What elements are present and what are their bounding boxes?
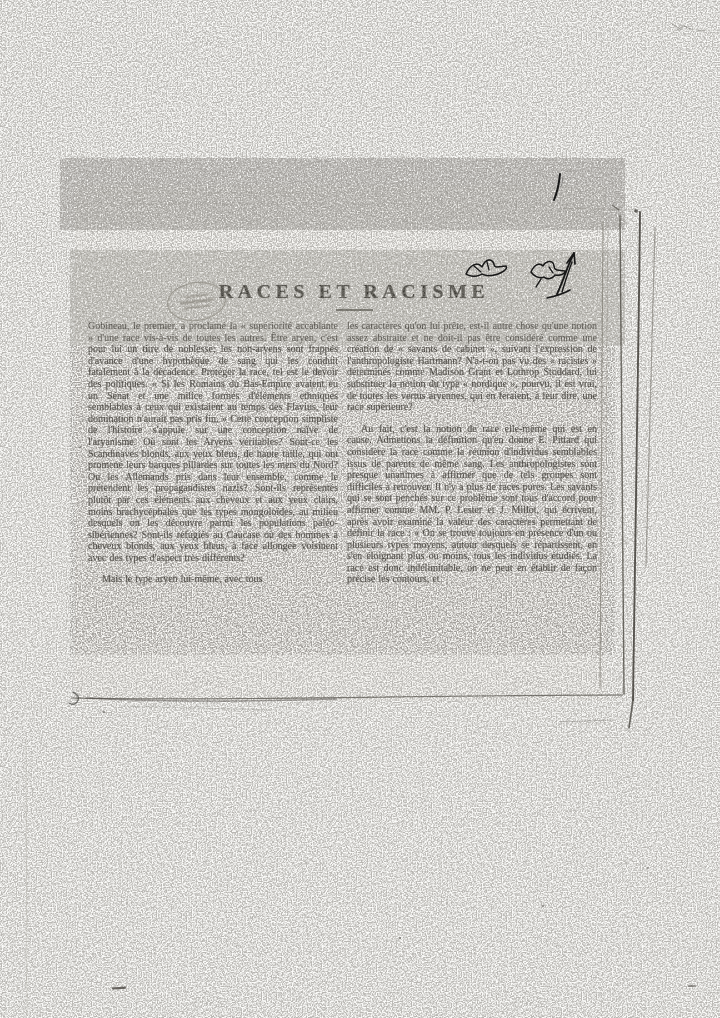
corner-scribble [672, 24, 705, 31]
paragraph: Gobineau, le premier, a proclamé la « su… [88, 321, 338, 564]
paragraph: Au fait, c'est la notion de race elle-mê… [347, 424, 597, 586]
paragraph: les caractères qu'on lui prête, est-il a… [347, 321, 597, 414]
article-title: RACES ET RACISME [88, 281, 620, 304]
scan-edge-shadow [26, 738, 27, 1016]
paragraph: Mais le type aryen lui-même, avec tous [88, 574, 338, 586]
column-left: Gobineau, le premier, a proclamé la « su… [88, 321, 338, 596]
article-columns: Gobineau, le premier, a proclamé la « su… [88, 321, 597, 596]
column-right: les caractères qu'on lui prête, est-il a… [347, 321, 597, 596]
title-underline [336, 309, 373, 311]
article-clipping: RACES ET RACISME Gobineau, le premier, a… [75, 185, 607, 701]
article-header: RACES ET RACISME [88, 281, 620, 311]
scanned-page: RACES ET RACISME Gobineau, le premier, a… [0, 0, 720, 1018]
